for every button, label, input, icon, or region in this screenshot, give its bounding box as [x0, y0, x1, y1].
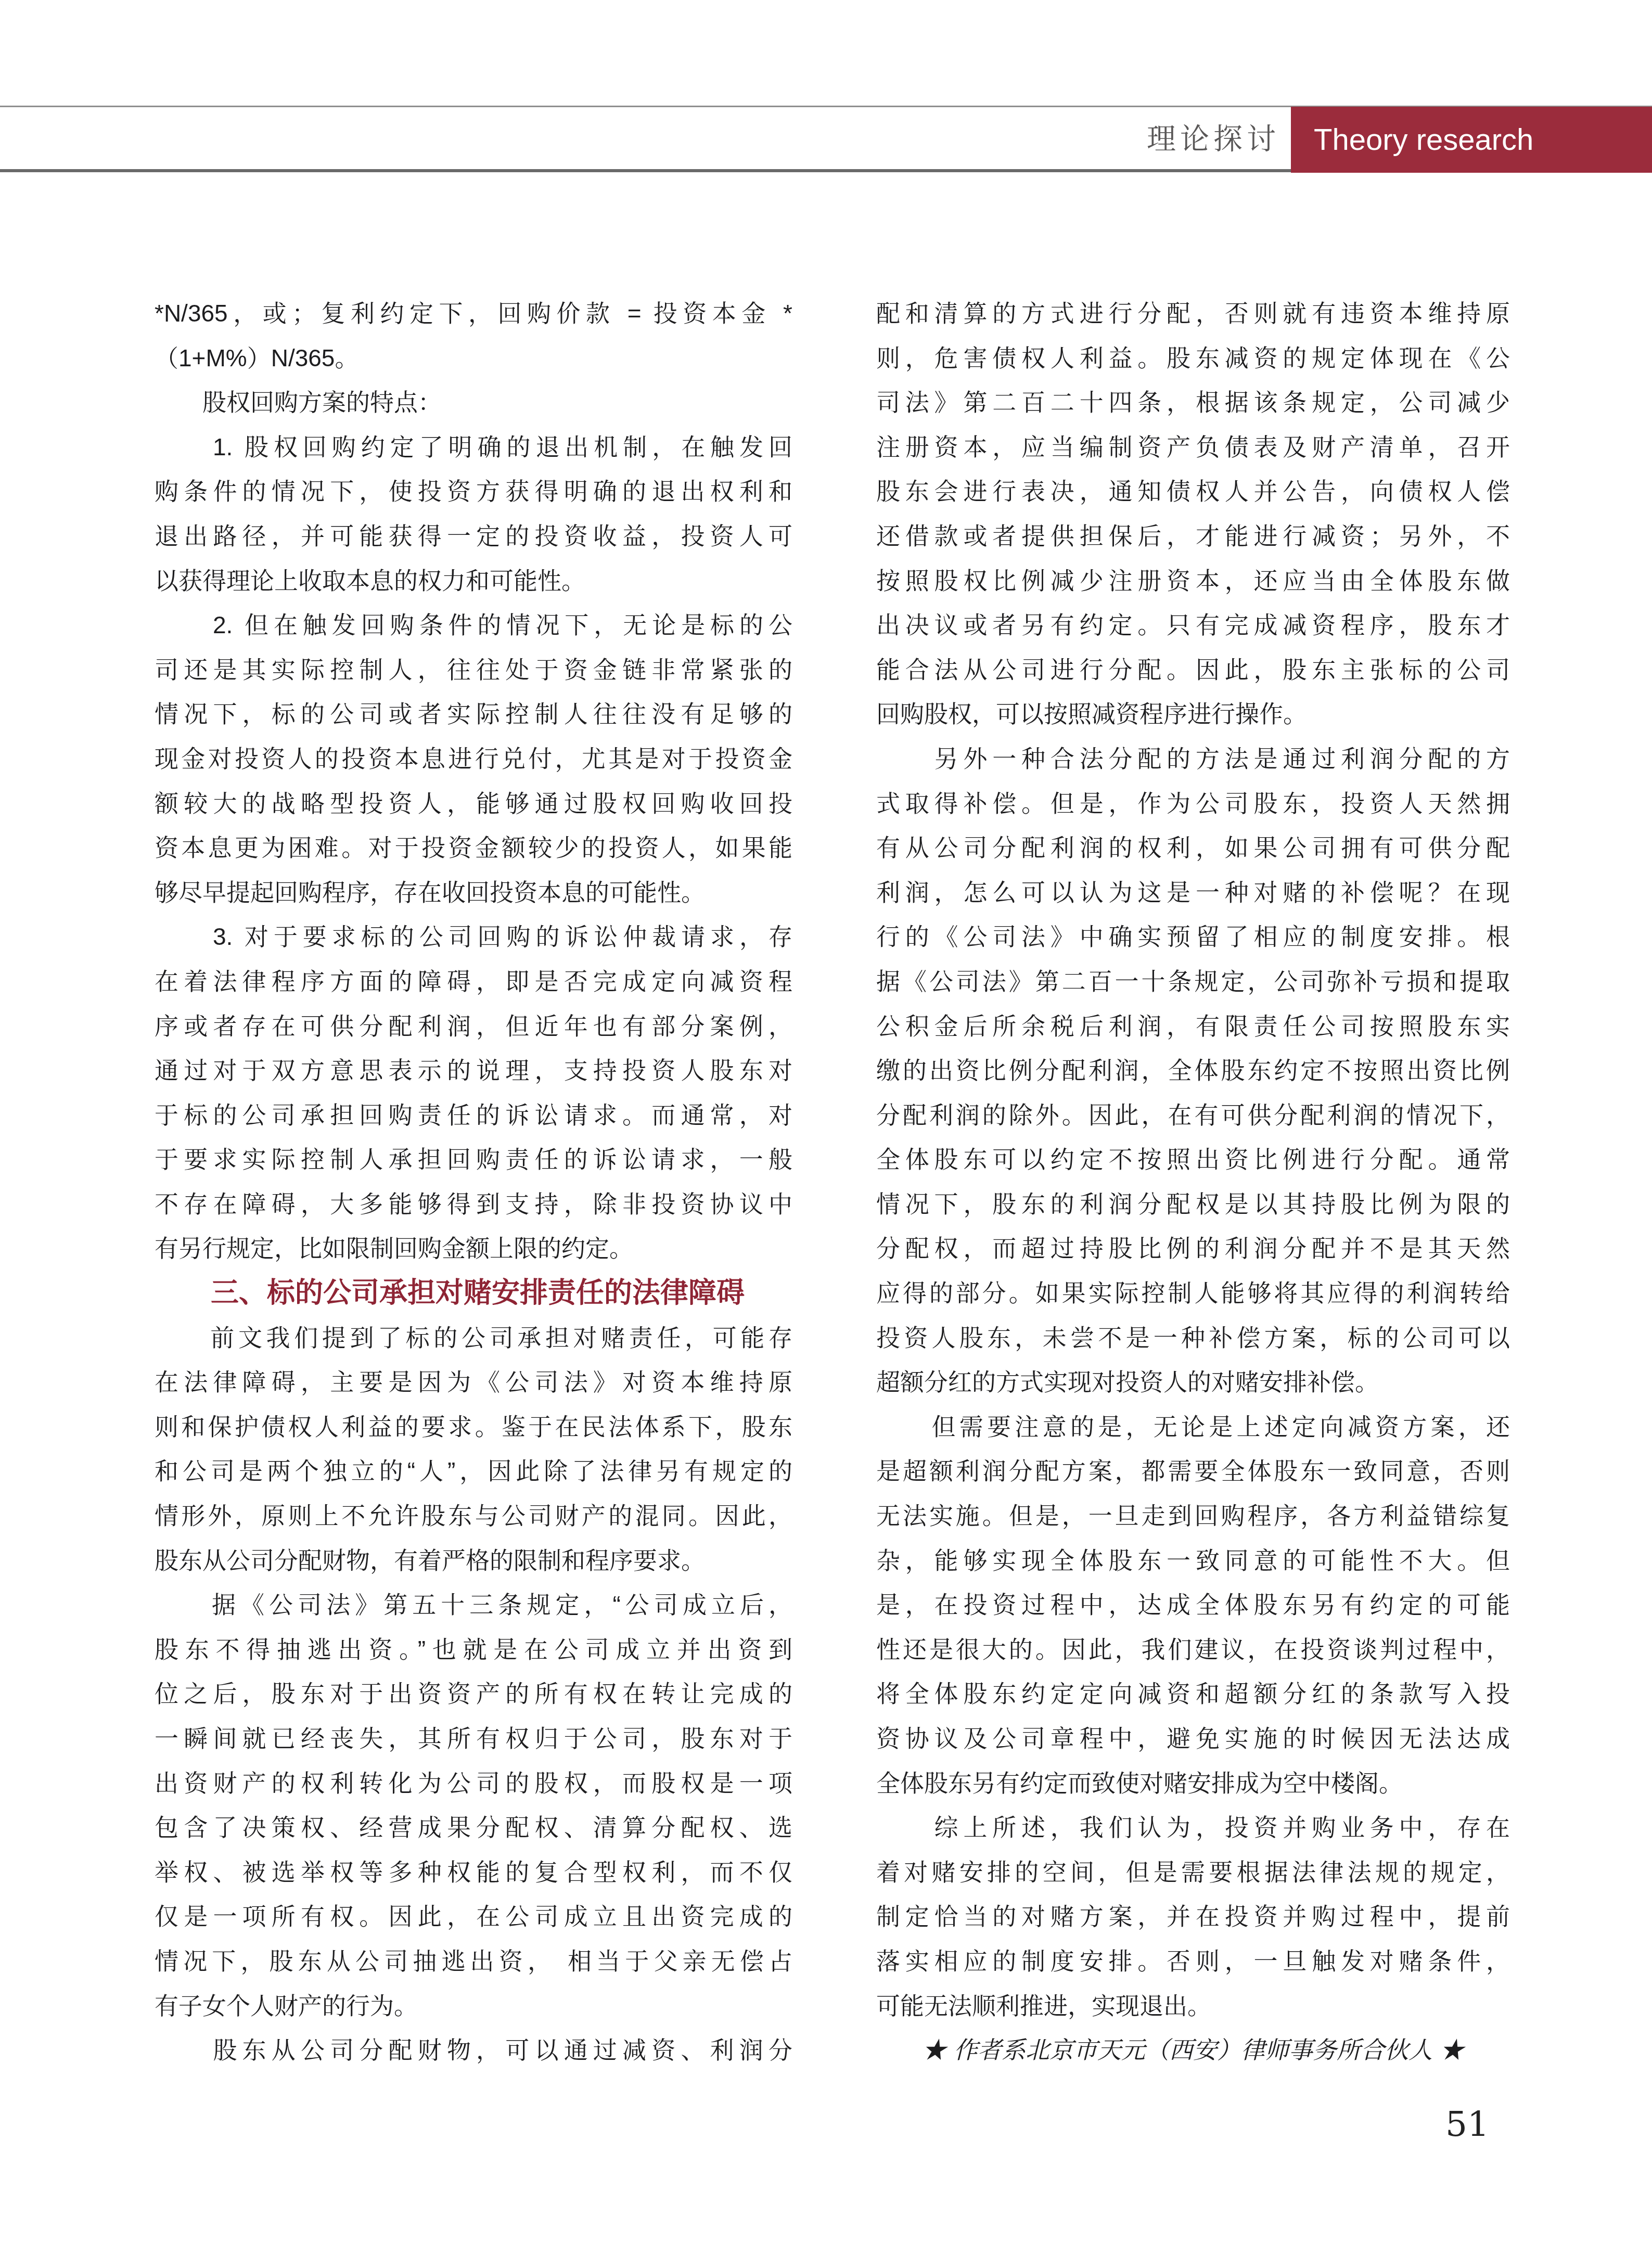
- text-line: 性还是很大的。因此，我们建议，在投资谈判过程中，: [876, 1628, 1510, 1672]
- text-line: 可能无法顺利推进，实现退出。: [876, 1984, 1510, 2029]
- text-line: 举权、被选举权等多种权能的复合型权利，而不仅: [155, 1850, 792, 1895]
- text-line: 前文我们提到了标的公司承担对赌责任，可能存: [155, 1316, 792, 1361]
- text-line: 现金对投资人的投资本息进行兑付，尤其是对于投资金: [155, 737, 792, 782]
- text-line: 仅是一项所有权。因此，在公司成立且出资完成的: [155, 1894, 792, 1939]
- text-line: 情况下，股东从公司抽逃出资， 相当于父亲无偿占: [155, 1939, 792, 1984]
- text-line: 位之后，股东对于出资资产的所有权在转让完成的: [155, 1672, 792, 1716]
- text-line: 股权回购方案的特点：: [155, 380, 792, 425]
- text-line: 是，在投资过程中，达成全体股东另有约定的可能: [876, 1583, 1510, 1628]
- text-line: 退出路径，并可能获得一定的投资收益，投资人可: [155, 514, 792, 559]
- text-line: 以获得理论上收取本息的权力和可能性。: [155, 559, 792, 604]
- text-line: 出资财产的权利转化为公司的股权，而股权是一项: [155, 1761, 792, 1806]
- text-line: 落实相应的制度安排。否则，一旦触发对赌条件，: [876, 1939, 1510, 1984]
- text-line: 行的《公司法》中确实预留了相应的制度安排。根: [876, 915, 1510, 959]
- text-line: 股东从公司分配财物，有着严格的限制和程序要求。: [155, 1539, 792, 1583]
- text-line: 情况下，股东的利润分配权是以其持股比例为限的: [876, 1182, 1510, 1227]
- text-line: 注册资本，应当编制资产负债表及财产清单，召开: [876, 425, 1510, 470]
- header-rule-bottom: [0, 169, 1291, 172]
- text-line: 资本息更为困难。对于投资金额较少的投资人，如果能: [155, 826, 792, 870]
- text-line: 另外一种合法分配的方法是通过利润分配的方: [876, 737, 1510, 782]
- text-line: 情形外，原则上不允许股东与公司财产的混同。因此，: [155, 1494, 792, 1539]
- text-line: 是超额利润分配方案，都需要全体股东一致同意，否则: [876, 1449, 1510, 1494]
- section-title-en: Theory research: [1291, 122, 1533, 157]
- text-line: 在法律障碍，主要是因为《公司法》对资本维持原: [155, 1360, 792, 1405]
- text-line: 应得的部分。如果实际控制人能够将其应得的利润转给: [876, 1271, 1510, 1316]
- right-column: 配和清算的方式进行分配，否则就有违资本维持原则，危害债权人利益。股东减资的规定体…: [876, 291, 1510, 2073]
- text-line: 分配利润的除外。因此，在有可供分配利润的情况下，: [876, 1093, 1510, 1138]
- text-line: 在着法律程序方面的障碍，即是否完成定向减资程: [155, 959, 792, 1004]
- document-page: 理论探讨 Theory research *N/365，或；复利约定下，回购价款…: [0, 0, 1652, 2242]
- section-heading: 三、标的公司承担对赌安排责任的法律障碍: [155, 1271, 792, 1316]
- text-line: 综上所述，我们认为，投资并购业务中，存在: [876, 1805, 1510, 1850]
- text-line: 投资人股东，未尝不是一种补偿方案，标的公司可以: [876, 1316, 1510, 1361]
- text-line: 缴的出资比例分配利润，全体股东约定不按照出资比例: [876, 1048, 1510, 1093]
- text-line: （1+M%）N/365。: [155, 336, 792, 381]
- text-line: 则和保护债权人利益的要求。鉴于在民法体系下，股东: [155, 1405, 792, 1450]
- text-line: 杂，能够实现全体股东一致同意的可能性不大。但: [876, 1539, 1510, 1583]
- text-line: 回购股权，可以按照减资程序进行操作。: [876, 692, 1510, 737]
- text-line: 着对赌安排的空间，但是需要根据法律法规的规定，: [876, 1850, 1510, 1895]
- text-line: 1. 股权回购约定了明确的退出机制，在触发回: [155, 425, 792, 470]
- text-line: 能合法从公司进行分配。因此，股东主张标的公司: [876, 648, 1510, 693]
- text-line: 全体股东另有约定而致使对赌安排成为空中楼阁。: [876, 1761, 1510, 1806]
- text-line: 购条件的情况下，使投资方获得明确的退出权利和: [155, 469, 792, 514]
- text-line: 制定恰当的对赌方案，并在投资并购过程中，提前: [876, 1894, 1510, 1939]
- text-line: 股东不得抽逃出资。”也就是在公司成立并出资到: [155, 1628, 792, 1672]
- text-line: 将全体股东约定定向减资和超额分红的条款写入投: [876, 1672, 1510, 1716]
- text-line: 股东会进行表决，通知债权人并公告，向债权人偿: [876, 469, 1510, 514]
- text-line: 超额分红的方式实现对投资人的对赌安排补偿。: [876, 1360, 1510, 1405]
- text-line: 公积金后所余税后利润，有限责任公司按照股东实: [876, 1004, 1510, 1049]
- text-line: *N/365，或；复利约定下，回购价款 = 投资本金 *: [155, 291, 792, 336]
- text-line: 通过对于双方意思表示的说理，支持投资人股东对: [155, 1048, 792, 1093]
- section-tab: Theory research: [1291, 107, 1652, 173]
- section-title-cn: 理论探讨: [1147, 108, 1280, 170]
- text-line: 出决议或者另有约定。只有完成减资程序，股东才: [876, 603, 1510, 648]
- author-note: ★ 作者系北京市天元（西安）律师事务所合伙人 ★: [876, 2028, 1510, 2073]
- text-line: 司还是其实际控制人，往往处于资金链非常紧张的: [155, 648, 792, 693]
- text-line: 序或者存在可供分配利润，但近年也有部分案例，: [155, 1004, 792, 1049]
- text-line: 情况下，标的公司或者实际控制人往往没有足够的: [155, 692, 792, 737]
- text-line: 有从公司分配利润的权利，如果公司拥有可供分配: [876, 826, 1510, 870]
- text-line: 不存在障碍，大多能够得到支持，除非投资协议中: [155, 1182, 792, 1227]
- text-line: 分配权，而超过持股比例的利润分配并不是其天然: [876, 1226, 1510, 1271]
- text-line: 据《公司法》第二百一十条规定，公司弥补亏损和提取: [876, 959, 1510, 1004]
- text-line: 但需要注意的是，无论是上述定向减资方案，还: [876, 1405, 1510, 1450]
- text-line: 配和清算的方式进行分配，否则就有违资本维持原: [876, 291, 1510, 336]
- text-line: 有子女个人财产的行为。: [155, 1984, 792, 2029]
- text-line: 一瞬间就已经丧失，其所有权归于公司，股东对于: [155, 1716, 792, 1761]
- text-line: 2. 但在触发回购条件的情况下，无论是标的公: [155, 603, 792, 648]
- text-line: 包含了决策权、经营成果分配权、清算分配权、选: [155, 1805, 792, 1850]
- text-line: 够尽早提起回购程序，存在收回投资本息的可能性。: [155, 870, 792, 915]
- text-line: 于要求实际控制人承担回购责任的诉讼请求，一般: [155, 1137, 792, 1182]
- text-line: 式取得补偿。但是，作为公司股东，投资人天然拥: [876, 782, 1510, 826]
- text-line: 于标的公司承担回购责任的诉讼请求。而通常，对: [155, 1093, 792, 1138]
- text-line: 还借款或者提供担保后，才能进行减资；另外，不: [876, 514, 1510, 559]
- text-line: 有另行规定，比如限制回购金额上限的约定。: [155, 1226, 792, 1271]
- page-number: 51: [1333, 2099, 1489, 2149]
- text-line: 无法实施。但是，一旦走到回购程序，各方利益错综复: [876, 1494, 1510, 1539]
- left-column: *N/365，或；复利约定下，回购价款 = 投资本金 *（1+M%）N/365。…: [155, 291, 792, 2073]
- text-line: 3. 对于要求标的公司回购的诉讼仲裁请求，存: [155, 915, 792, 959]
- text-line: 额较大的战略型投资人，能够通过股权回购收回投: [155, 782, 792, 826]
- text-line: 利润，怎么可以认为这是一种对赌的补偿呢？在现: [876, 870, 1510, 915]
- text-line: 据《公司法》第五十三条规定，“公司成立后，: [155, 1583, 792, 1628]
- text-line: 司法》第二百二十四条，根据该条规定，公司减少: [876, 380, 1510, 425]
- text-line: 按照股权比例减少注册资本，还应当由全体股东做: [876, 559, 1510, 604]
- text-line: 股东从公司分配财物，可以通过减资、利润分: [155, 2028, 792, 2073]
- text-line: 和公司是两个独立的“人”，因此除了法律另有规定的: [155, 1449, 792, 1494]
- text-line: 资协议及公司章程中，避免实施的时候因无法达成: [876, 1716, 1510, 1761]
- text-line: 全体股东可以约定不按照出资比例进行分配。通常: [876, 1137, 1510, 1182]
- text-line: 则，危害债权人利益。股东减资的规定体现在《公: [876, 336, 1510, 381]
